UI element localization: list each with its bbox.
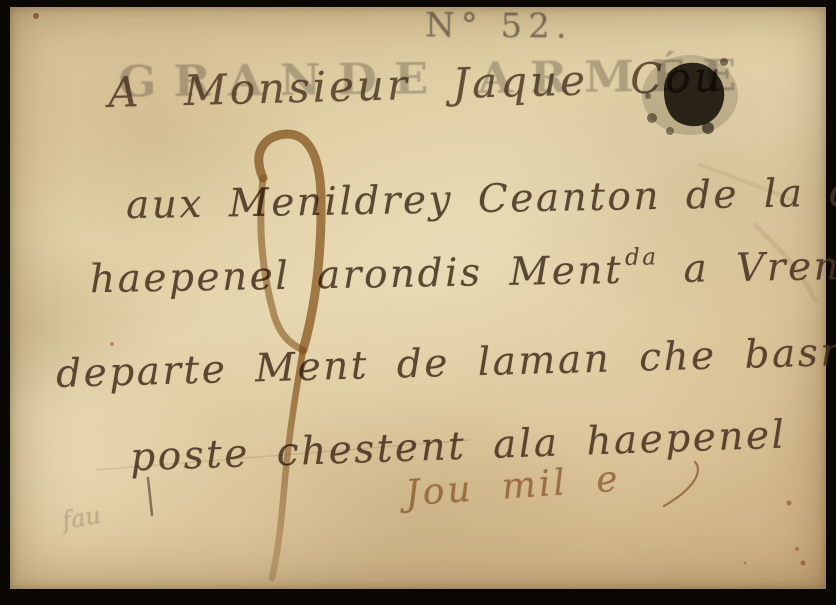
address-line-3-superscript: da <box>625 244 659 271</box>
address-line-3-end: a Vrenche <box>683 243 836 292</box>
address-line-3-start: haepenel arondis Ment <box>90 248 624 302</box>
letter-photo: { "meta": { "description": "Scanned fron… <box>0 0 836 605</box>
number-handstamp: N° 52. <box>425 5 573 46</box>
